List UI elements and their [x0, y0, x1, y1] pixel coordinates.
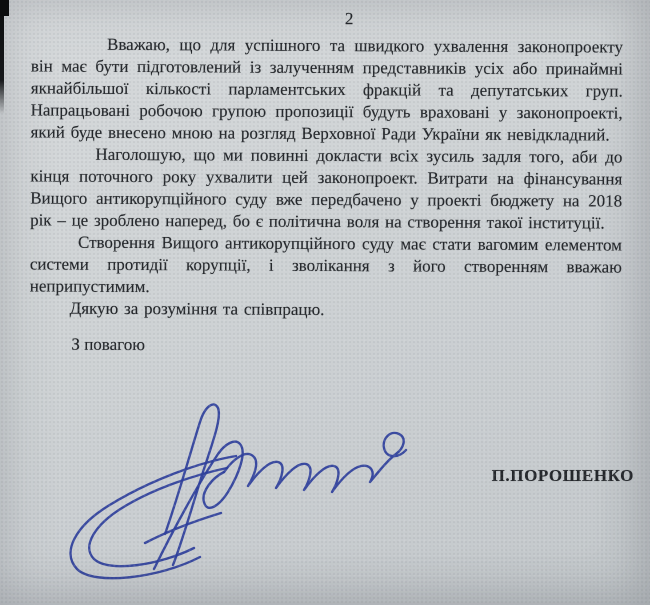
signer-name: П.ПОРОШЕНКО	[492, 466, 634, 486]
paragraph-4: Дякую за розуміння та співпрацю.	[30, 297, 622, 322]
letter-body: Вважаю, що для успішного та швидкого ухв…	[30, 33, 623, 322]
paragraph-2: Наголошую, що ми повинні докласти всіх з…	[30, 143, 622, 234]
page-number: 2	[53, 7, 645, 32]
closing-salutation: З повагою	[71, 334, 621, 359]
scan-edge-artifact	[0, 0, 4, 114]
signature-stroke	[154, 442, 243, 569]
handwritten-signature	[50, 392, 430, 587]
scanned-letter-page: 2 Вважаю, що для успішного та швидкого у…	[0, 0, 650, 605]
paragraph-3: Створення Вищого антикорупційного суду м…	[30, 231, 622, 300]
signature-stroke	[224, 433, 406, 492]
paragraph-1: Вважаю, що для успішного та швидкого ухв…	[31, 33, 624, 146]
scan-corner-artifact	[0, 0, 9, 16]
